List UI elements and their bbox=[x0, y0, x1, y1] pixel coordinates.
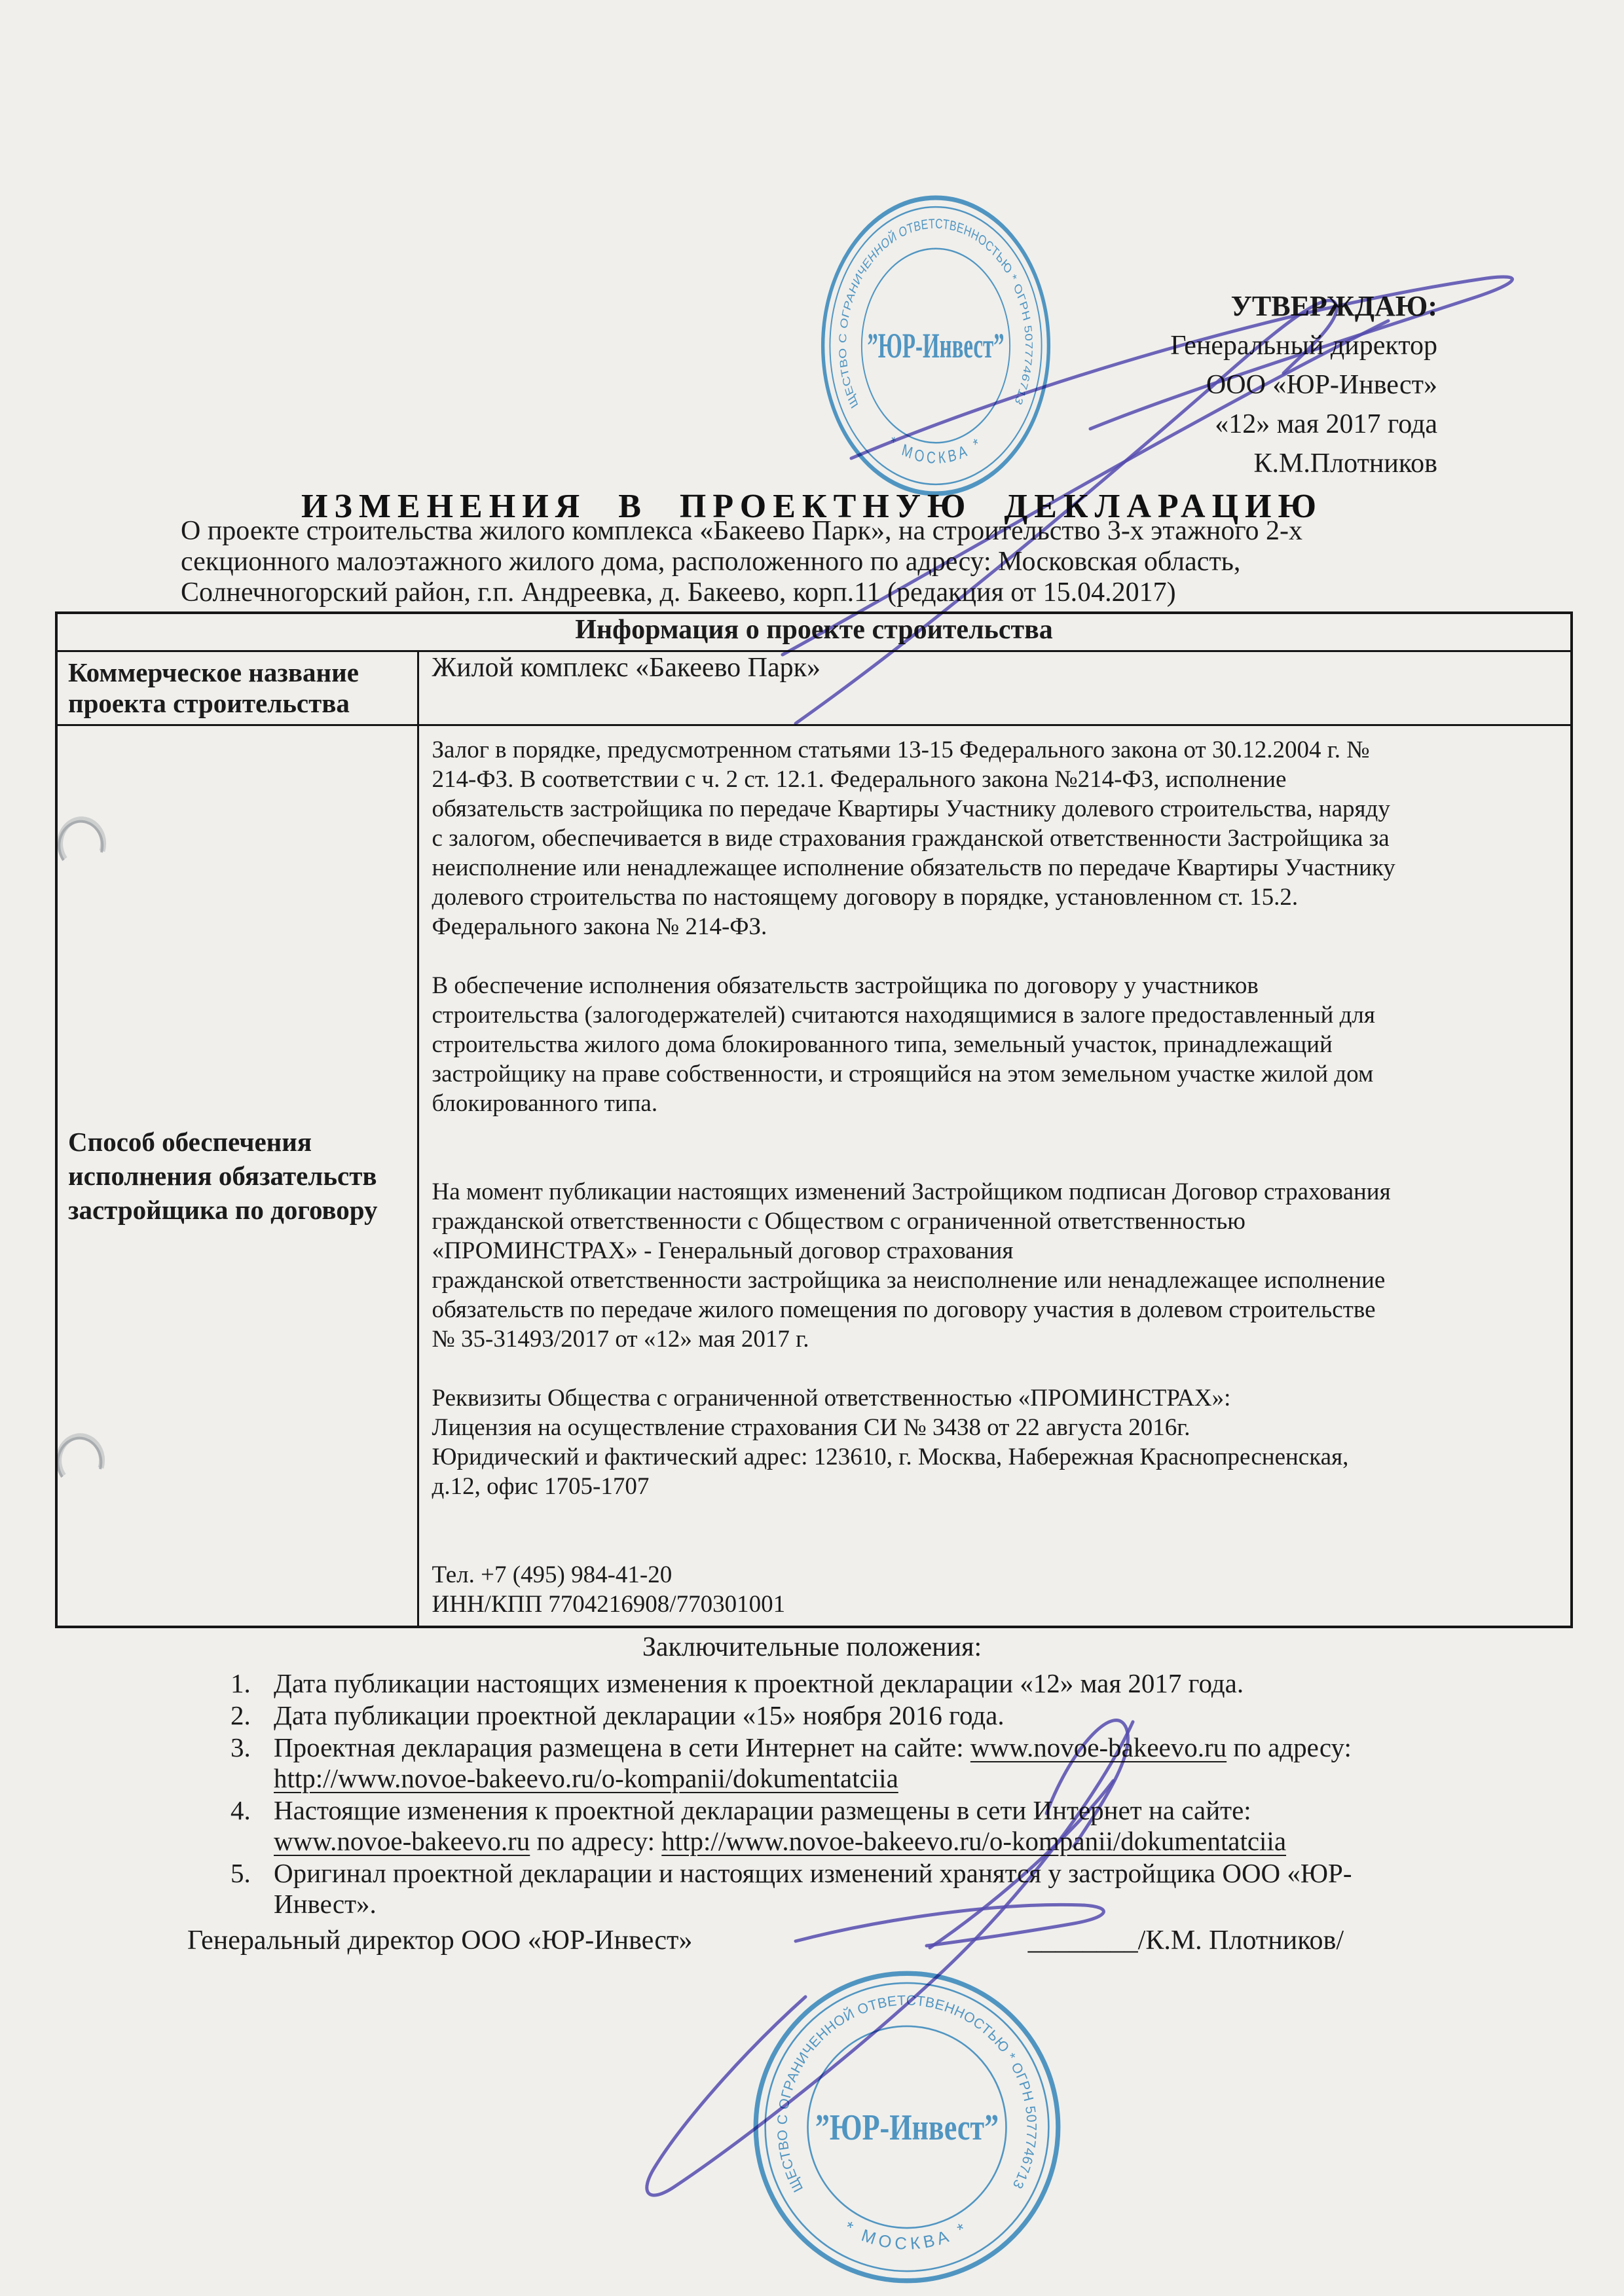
row-value-security-method: Залог в порядке, предусмотренном статьям… bbox=[418, 725, 1572, 1627]
director-sign-line: ________/К.М. Плотников/ bbox=[1028, 1925, 1344, 1956]
cell-paragraph: Тел. +7 (495) 984-41-20 ИНН/КПП 77042169… bbox=[432, 1560, 1551, 1619]
cell-paragraph: Залог в порядке, предусмотренном статьям… bbox=[432, 735, 1551, 941]
cell-paragraph: На момент публикации настоящих изменений… bbox=[432, 1177, 1551, 1354]
text-segment: Настоящие изменения к проектной декларац… bbox=[274, 1795, 1251, 1825]
item-number: 5. bbox=[231, 1858, 274, 1920]
text-segment: Дата публикации настоящих изменения к пр… bbox=[274, 1668, 1244, 1698]
url-text: www.novoe-bakeevo.ru bbox=[274, 1826, 530, 1856]
closing-item: 5.Оригинал проектной декларации и настоя… bbox=[231, 1858, 1545, 1920]
director-signature-row: Генеральный директор ООО «ЮР-Инвест» ___… bbox=[187, 1925, 1344, 1956]
text-segment: Дата публикации проектной декларации «15… bbox=[274, 1700, 1005, 1730]
item-text: Дата публикации проектной декларации «15… bbox=[274, 1700, 1005, 1731]
item-text: Проектная декларация размещена в сети Ин… bbox=[274, 1732, 1352, 1794]
intro-paragraph: О проекте строительства жилого комплекса… bbox=[181, 516, 1464, 608]
company-seal-stamp-top: ОБЩЕСТВО С ОГРАНИЧЕННОЙ ОТВЕТСТВЕННОСТЬЮ… bbox=[820, 194, 1052, 498]
item-text: Оригинал проектной декларации и настоящи… bbox=[274, 1858, 1352, 1920]
url-text: www.novoe-bakeevo.ru bbox=[970, 1732, 1227, 1762]
seal-company-name: ”ЮР-Инвест” bbox=[815, 2107, 999, 2148]
cell-paragraph: В обеспечение исполнения обязательств за… bbox=[432, 971, 1551, 1118]
table-header: Информация о проекте строительства bbox=[56, 613, 1572, 651]
item-number: 3. bbox=[231, 1732, 274, 1794]
seal-company-name: ”ЮР-Инвест” bbox=[867, 327, 1004, 366]
text-segment: Оригинал проектной декларации и настоящи… bbox=[274, 1858, 1352, 1919]
closing-item: 3.Проектная декларация размещена в сети … bbox=[231, 1732, 1545, 1794]
company-seal-stamp-bottom: ОБЩЕСТВО С ОГРАНИЧЕННОЙ ОТВЕТСТВЕННОСТЬЮ… bbox=[752, 1969, 1062, 2285]
item-number: 2. bbox=[231, 1700, 274, 1731]
item-text: Дата публикации настоящих изменения к пр… bbox=[274, 1668, 1244, 1699]
text-segment: Проектная декларация размещена в сети Ин… bbox=[274, 1732, 970, 1762]
cell-paragraph: Реквизиты Общества с ограниченной ответс… bbox=[432, 1383, 1551, 1501]
table-header-row: Информация о проекте строительства bbox=[56, 613, 1572, 651]
table-row: Коммерческое название проекта строительс… bbox=[56, 651, 1572, 725]
url-text: http://www.novoe-bakeevo.ru/o-kompanii/d… bbox=[274, 1763, 898, 1793]
item-number: 1. bbox=[231, 1668, 274, 1699]
row-label-security-method: Способ обеспечения исполнения обязательс… bbox=[56, 725, 418, 1627]
item-number: 4. bbox=[231, 1795, 274, 1857]
security-method-paragraphs: Залог в порядке, предусмотренном статьям… bbox=[432, 735, 1551, 1619]
row-label-commercial-name: Коммерческое название проекта строительс… bbox=[56, 651, 418, 725]
closing-items-list: 1.Дата публикации настоящих изменения к … bbox=[231, 1668, 1545, 1921]
project-info-table: Информация о проекте строительства Комме… bbox=[55, 611, 1573, 1628]
approval-title: УТВЕРЖДАЮ: bbox=[1170, 287, 1437, 326]
approval-lines: Генеральный директор ООО «ЮР-Инвест» «12… bbox=[1170, 326, 1437, 483]
seal-city-text: * МОСКВА * bbox=[841, 2217, 973, 2253]
approval-block: УТВЕРЖДАЮ: Генеральный директор ООО «ЮР-… bbox=[1170, 287, 1437, 483]
scanned-document-page: УТВЕРЖДАЮ: Генеральный директор ООО «ЮР-… bbox=[0, 0, 1624, 2296]
closing-heading: Заключительные положения: bbox=[0, 1631, 1624, 1663]
url-text: http://www.novoe-bakeevo.ru/o-kompanii/d… bbox=[661, 1826, 1286, 1856]
seal-city-text: * МОСКВА * bbox=[887, 433, 985, 467]
text-segment: по адресу: bbox=[1227, 1732, 1352, 1762]
closing-item: 1.Дата публикации настоящих изменения к … bbox=[231, 1668, 1545, 1699]
closing-item: 4.Настоящие изменения к проектной деклар… bbox=[231, 1795, 1545, 1857]
director-label: Генеральный директор ООО «ЮР-Инвест» bbox=[187, 1925, 692, 1956]
table-row: Способ обеспечения исполнения обязательс… bbox=[56, 725, 1572, 1627]
item-text: Настоящие изменения к проектной декларац… bbox=[274, 1795, 1286, 1857]
row-value-commercial-name: Жилой комплекс «Бакеево Парк» bbox=[418, 651, 1572, 725]
closing-item: 2.Дата публикации проектной декларации «… bbox=[231, 1700, 1545, 1731]
text-segment: по адресу: bbox=[530, 1826, 661, 1856]
